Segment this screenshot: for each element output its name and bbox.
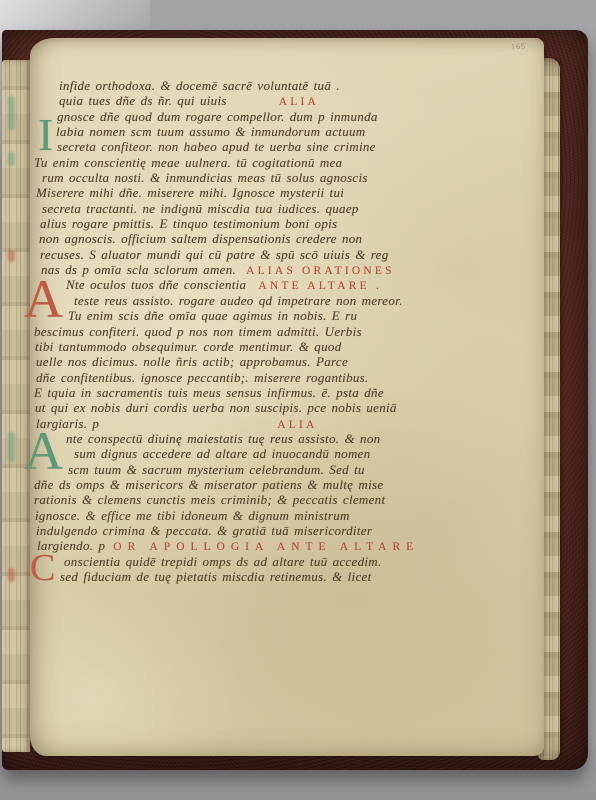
rubric-text: ALIAS ORATIONES — [246, 265, 395, 277]
ink-text: Miserere mihi dñe. miserere mihi. Ignosc… — [36, 185, 344, 200]
text-line: scm tuum & sacrum mysterium celebrandum.… — [68, 462, 494, 477]
text-line: dñe confitentibus. ignosce peccantib;. m… — [36, 370, 494, 385]
ink-text: sed fiduciam de tuę pietatis miscdia ret… — [60, 569, 372, 584]
rubric-text: OR APOLLOGIA ANTE ALTARE — [113, 541, 419, 553]
text-line: teste reus assisto. rogare audeo qd impe… — [74, 293, 494, 308]
ink-text: sum dignus accedere ad altare ad inuocan… — [74, 446, 371, 461]
edge-showthrough-mark — [8, 568, 15, 582]
ink-text: Tu enim scis dñe omīa quae agimus in nob… — [68, 308, 357, 323]
ink-text: Tu enim conscientię meae uulnera. tū cog… — [34, 155, 342, 170]
rubric-text: ANTE ALTARE . — [258, 280, 382, 292]
text-line: indulgendo crimina & peccata. & gratiā t… — [36, 523, 494, 538]
ink-text: secreta confiteor. non habeo apud te uer… — [57, 139, 376, 154]
manuscript-photo: 165 infide orthodoxa. & docemē sacrē vol… — [0, 0, 596, 800]
ink-text: bescimus confiteri. quod p nos non timem… — [34, 324, 362, 339]
ink-text: rationis & clemens cunctis meis criminib… — [34, 492, 385, 507]
rubric-text: ALIA — [277, 419, 317, 431]
rubric-text: ALIA — [279, 96, 319, 108]
text-line: ignosce. & effice me tibi idoneum & dign… — [35, 508, 494, 523]
ink-text: infide orthodoxa. & docemē sacrē volunta… — [59, 78, 340, 93]
text-line: bescimus confiteri. quod p nos non timem… — [34, 324, 494, 339]
text-line: rum occulta nosti. & inmundicias meas tū… — [42, 170, 494, 185]
ink-text: labia nomen scm tuum assumo & inmundorum… — [56, 124, 365, 139]
text-line: gnosce dñe quod dum rogare compellor. du… — [57, 109, 494, 124]
text-line: sum dignus accedere ad altare ad inuocan… — [74, 446, 494, 461]
ink-text: scm tuum & sacrum mysterium celebrandum.… — [68, 462, 365, 477]
text-block: infide orthodoxa. & docemē sacrē volunta… — [34, 78, 494, 584]
ink-text: tibi tantummodo obsequimur. corde mentim… — [35, 339, 342, 354]
ink-text: nte conspectū diuinę maiestatis tuę reus… — [66, 431, 380, 446]
text-line: dñe ds omps & misericors & miserator pat… — [34, 477, 494, 492]
ink-text: ignosce. & effice me tibi idoneum & dign… — [35, 508, 350, 523]
ink-text: dñe ds omps & misericors & miserator pat… — [34, 477, 383, 492]
text-line: secreta confiteor. non habeo apud te uer… — [57, 139, 494, 154]
text-line: largiaris. pALIA — [36, 416, 494, 431]
text-line: uelle nos dicimus. nolle ñris actib; app… — [36, 354, 494, 369]
text-line: labia nomen scm tuum assumo & inmundorum… — [56, 124, 494, 139]
text-line: nte conspectū diuinę maiestatis tuę reus… — [66, 431, 494, 446]
ink-text: recuses. S aluator mundi qui cū patre & … — [40, 247, 389, 262]
text-line: Miserere mihi dñe. miserere mihi. Ignosc… — [36, 185, 494, 200]
text-line: secreta tractanti. ne indignū miscdia tu… — [42, 201, 494, 216]
text-line: Nte oculos tuos dñe conscientiaANTE ALTA… — [66, 277, 494, 292]
text-line: onscientia quidē trepidi omps ds ad alta… — [64, 554, 494, 569]
ink-text: gnosce dñe quod dum rogare compellor. du… — [57, 109, 378, 124]
ink-text: alius rogare pmittis. E tinquo testimoni… — [40, 216, 337, 231]
ink-text: E tquia in sacramentis tuis meus sensus … — [34, 385, 384, 400]
ink-text: non agnoscis. officium saltem dispensati… — [39, 231, 362, 246]
text-line: E tquia in sacramentis tuis meus sensus … — [34, 385, 494, 400]
illuminated-initial-i: I — [38, 112, 53, 158]
text-line: quia tues dñe ds ñr. qui uiuisALIA — [59, 93, 494, 108]
illuminated-initial-a: A — [24, 272, 63, 326]
text-line: alius rogare pmittis. E tinquo testimoni… — [40, 216, 494, 231]
text-line: infide orthodoxa. & docemē sacrē volunta… — [59, 78, 494, 93]
text-line: Tu enim conscientię meae uulnera. tū cog… — [34, 155, 494, 170]
edge-showthrough-mark — [8, 96, 15, 130]
ink-text: dñe confitentibus. ignosce peccantib;. m… — [36, 370, 369, 385]
text-line: largiendo. pOR APOLLOGIA ANTE ALTARE — [37, 538, 494, 553]
ink-text: ut qui ex nobis duri cordis uerba non su… — [35, 400, 397, 415]
text-line: rationis & clemens cunctis meis criminib… — [34, 492, 494, 507]
ink-text: indulgendo crimina & peccata. & gratiā t… — [36, 523, 372, 538]
text-line: nas ds p omīa scla sclorum amen.ALIAS OR… — [41, 262, 494, 277]
text-line: tibi tantummodo obsequimur. corde mentim… — [35, 339, 494, 354]
edge-showthrough-mark — [8, 152, 15, 166]
text-line: sed fiduciam de tuę pietatis miscdia ret… — [60, 569, 494, 584]
edge-showthrough-mark — [8, 432, 15, 462]
ink-text: Nte oculos tuos dñe conscientia — [66, 277, 246, 292]
folio-mark: 165 — [511, 42, 526, 52]
ink-text: quia tues dñe ds ñr. qui uiuis — [59, 93, 227, 108]
left-page-edges — [2, 60, 30, 752]
text-line: Tu enim scis dñe omīa quae agimus in nob… — [68, 308, 494, 323]
text-line: ut qui ex nobis duri cordis uerba non su… — [35, 400, 494, 415]
ink-text: secreta tractanti. ne indignū miscdia tu… — [42, 201, 359, 216]
edge-showthrough-mark — [8, 250, 15, 262]
text-line: non agnoscis. officium saltem dispensati… — [39, 231, 494, 246]
illuminated-initial-a: A — [24, 424, 63, 478]
ink-text: onscientia quidē trepidi omps ds ad alta… — [64, 554, 382, 569]
ink-text: uelle nos dicimus. nolle ñris actib; app… — [36, 354, 348, 369]
ink-text: rum occulta nosti. & inmundicias meas tū… — [42, 170, 368, 185]
ink-text: nas ds p omīa scla sclorum amen. — [41, 262, 236, 277]
ink-text: teste reus assisto. rogare audeo qd impe… — [74, 293, 403, 308]
text-line: recuses. S aluator mundi qui cū patre & … — [40, 247, 494, 262]
illuminated-initial-c: C — [30, 549, 55, 587]
